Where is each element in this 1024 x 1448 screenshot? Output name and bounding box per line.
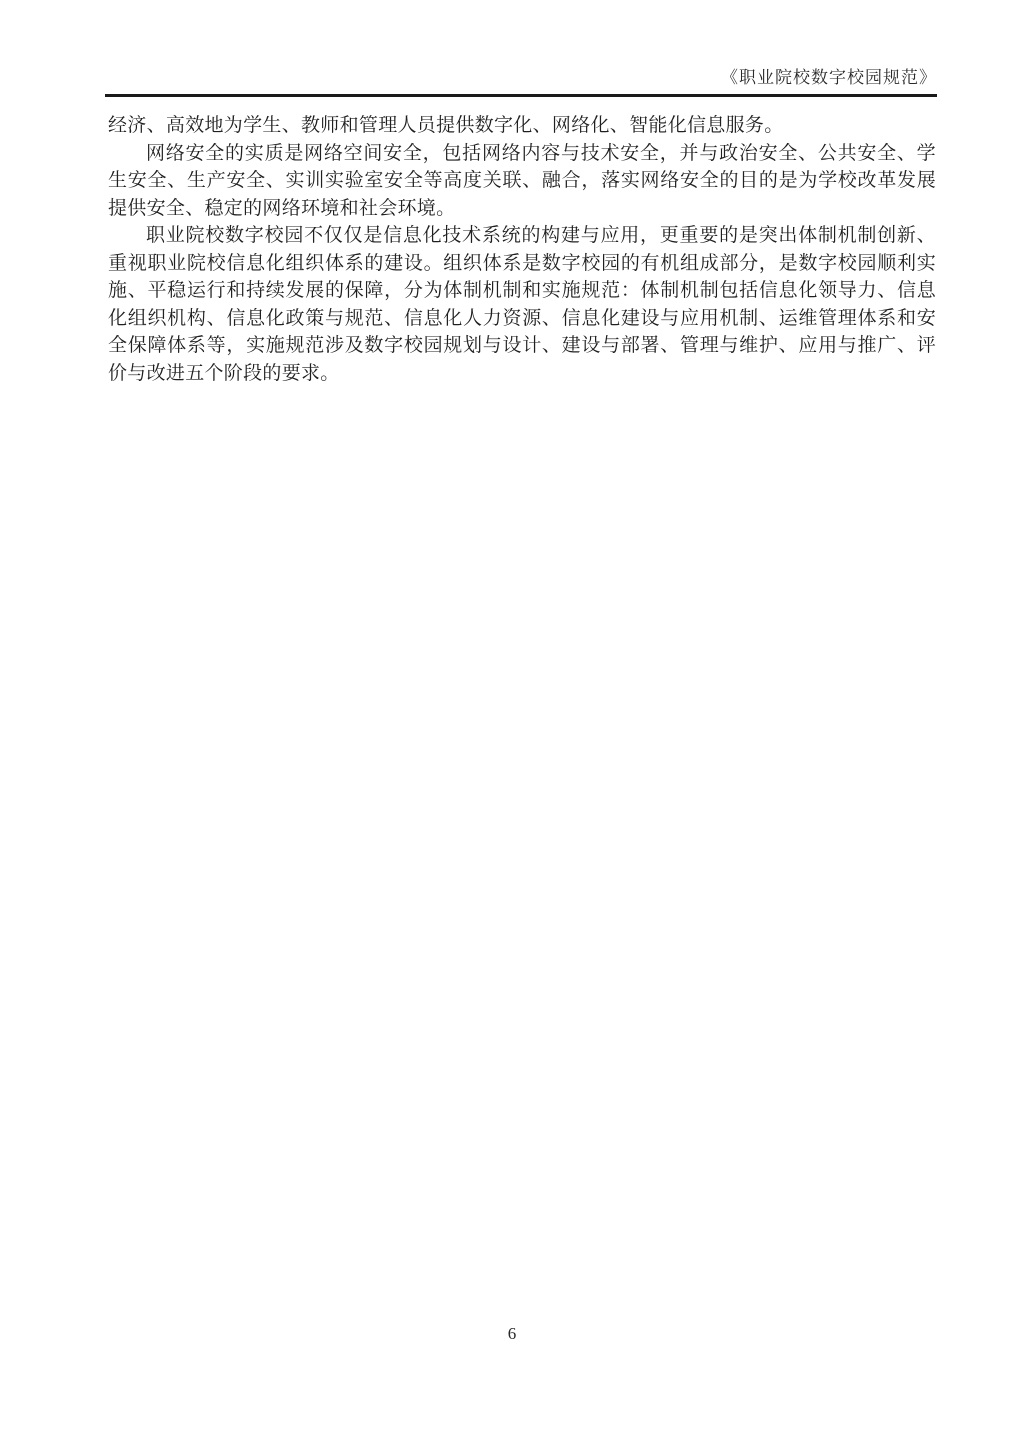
page-header: 《职业院校数字校园规范》 — [105, 66, 937, 97]
running-header-title: 《职业院校数字校园规范》 — [105, 66, 937, 90]
page-number: 6 — [508, 1324, 517, 1343]
document-body: 经济、高效地为学生、教师和管理人员提供数字化、网络化、智能化信息服务。 网络安全… — [108, 112, 936, 387]
page-footer: 6 — [0, 1324, 1024, 1344]
paragraph-continuation: 经济、高效地为学生、教师和管理人员提供数字化、网络化、智能化信息服务。 — [108, 112, 936, 140]
paragraph-organization-system: 职业院校数字校园不仅仅是信息化技术系统的构建与应用，更重要的是突出体制机制创新、… — [108, 222, 936, 387]
header-rule — [105, 94, 937, 97]
document-page: 《职业院校数字校园规范》 经济、高效地为学生、教师和管理人员提供数字化、网络化、… — [0, 0, 1024, 1448]
paragraph-network-security: 网络安全的实质是网络空间安全，包括网络内容与技术安全，并与政治安全、公共安全、学… — [108, 140, 936, 223]
